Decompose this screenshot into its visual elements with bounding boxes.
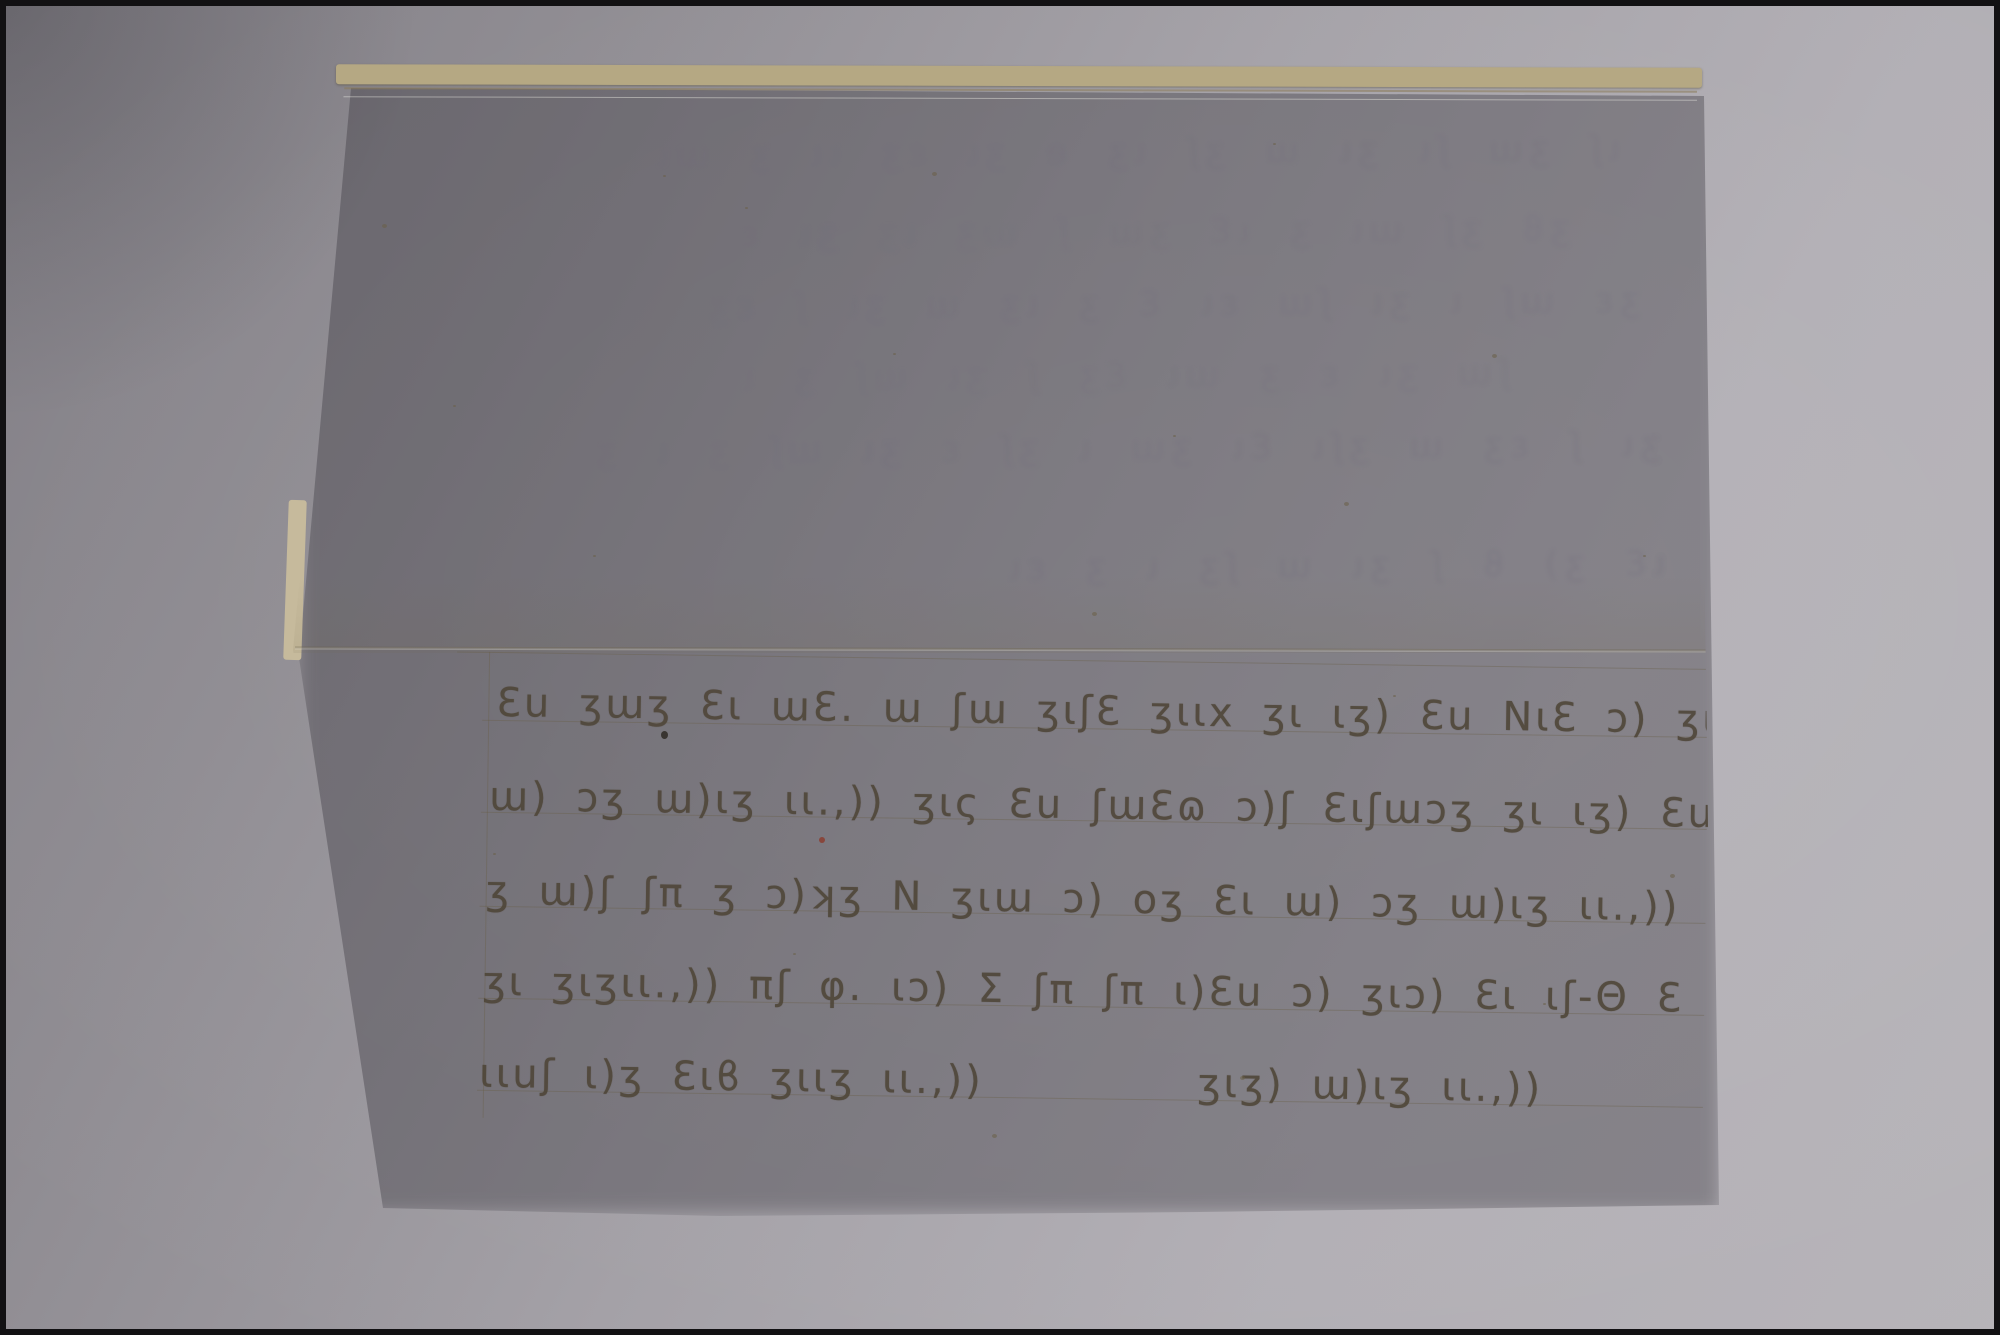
fold-shading-band [293, 575, 1715, 653]
writing-block: Ɛu ʒɯʒ Ɛι ɯƐ. ɯ ʃɯ ʒιʃƐ ʒιιx ʒι ιʒ) Ɛu N… [490, 660, 1712, 1157]
bleedthrough-row: ʒι ʃ ɛʒ ɯ ʒʃι Ɛι ʒɯ ι ʒʃ ɛ ʒι ɯʃ ʒ ι ʒ [390, 425, 1660, 474]
paper-top-fold-line [341, 87, 1697, 101]
bleedthrough-row: ιʃ ʒɯ ʃι ʒι ɯ ʒʃ ιʒ е ʒι ɛʒ ιι ʒ ɯι [430, 129, 1620, 177]
red-speck [819, 837, 825, 843]
manuscript-text-line: ʒι ʒιʒιι.,)) πʃ φ. ιɔ) Σ ʃπ ʃπ ι)Ɛu ɔ) ʒ… [482, 959, 1713, 1022]
manuscript-photo: ιʃ ʒɯ ʃι ʒι ɯ ʒʃ ιʒ е ʒι ɛʒ ιι ʒ ɯι ʒϐ ʒ… [0, 0, 2000, 1335]
paper-sheet: ιʃ ʒɯ ʃι ʒι ɯ ʒʃ ιʒ е ʒι ɛʒ ιι ʒ ɯι ʒϐ ʒ… [293, 55, 1715, 1205]
manuscript-text-line: Ɛu ʒɯʒ Ɛι ɯƐ. ɯ ʃɯ ʒιʃƐ ʒιιx ʒι ιʒ) Ɛu N… [496, 680, 1727, 743]
bleedthrough-row: ʒϐ ʒʃ ɯι ʒ ιƐ ʒɯ ʃ ɯʒ ιʒ ʒι ɛ [415, 209, 1570, 257]
manuscript-text-line: ιιuʃ ι)ʒ Ɛιϐ ʒιιʒ ιι.,)) ʒιʒ) ɯ)ιʒ ιι.,)… [479, 1051, 1710, 1114]
manuscript-text-line: ʒ ɯ)ʃ ʃπ ʒ ɔ)ʞʒ N ʒιɯ ɔ) оʒ Ɛι ɯ) ɔʒ ɯ)ι… [485, 868, 1716, 931]
manuscript-text-line: ɯ) ɔʒ ɯ)ιʒ ιι.,)) ʒις Ɛu ʃɯƐɷ ɔ)ʃ Ɛιʃɯɔʒ… [489, 774, 1720, 837]
bleedthrough-row: ʒɛ ɯʃ ι ʒι ʃɯ ɛι Ɛ ʒ ιʒ ɯ ʒι ʃ ɛʒ [400, 281, 1640, 330]
ruled-guide-line [457, 651, 1709, 669]
bleedthrough-row: ʃɯ ʒι ɛ ʒ ɯι Ɛʒ ʃ ʒι ɯʃ ʒ ι [405, 353, 1510, 401]
paper-fibre-specks [293, 55, 296, 57]
ink-blot-speck [661, 731, 668, 739]
